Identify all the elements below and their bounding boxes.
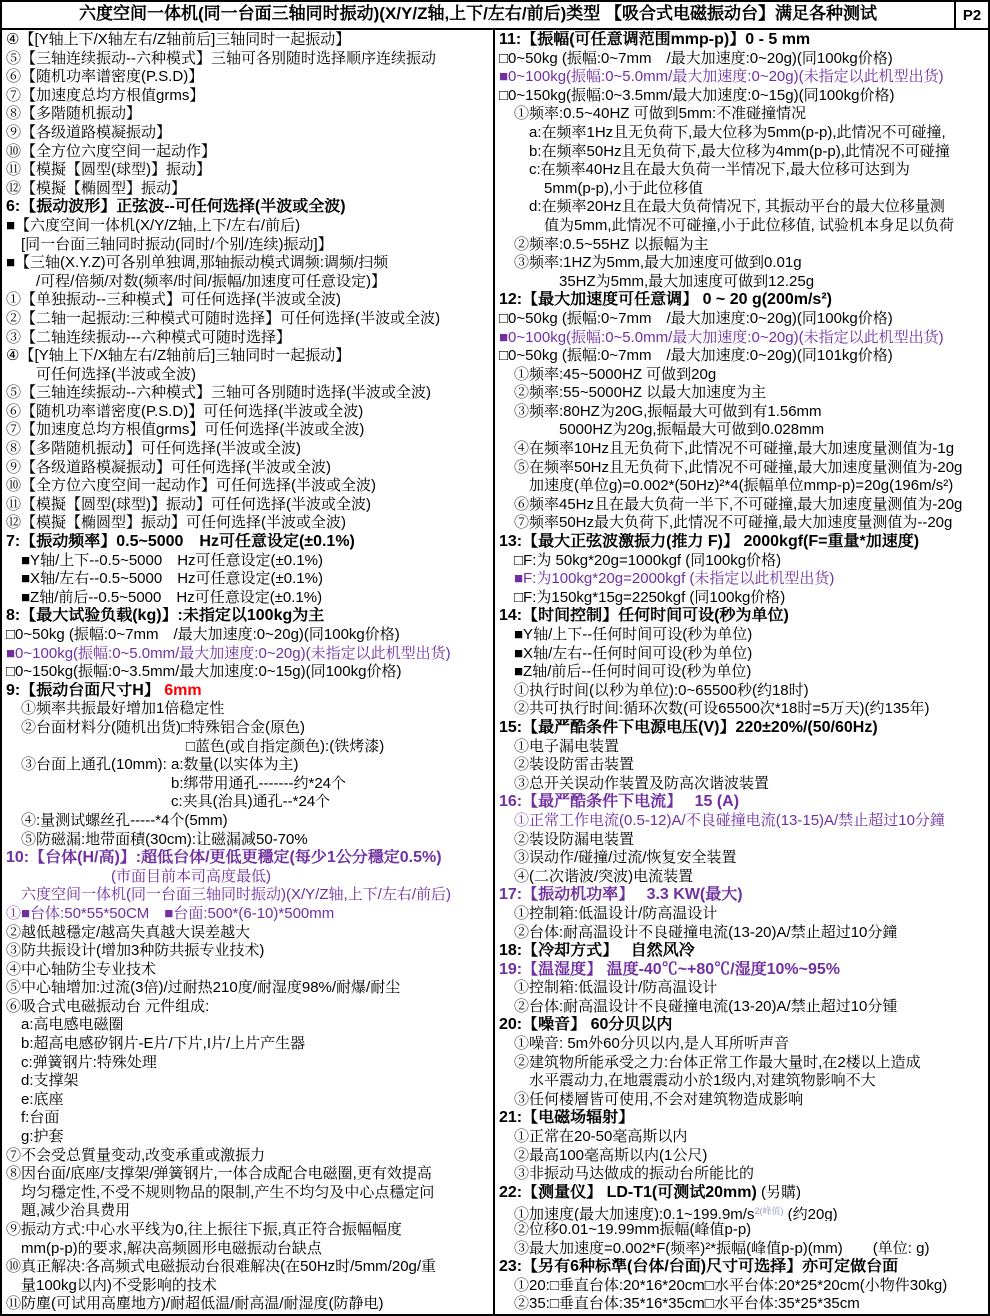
spec-line: b:超高电感矽钢片-E片/下片,I片/上片产生器 bbox=[6, 1035, 493, 1054]
spec-text: ④【[Y轴上下/X轴左右/Z轴前后]三轴同时一起振动】 bbox=[6, 31, 350, 48]
spec-text: g:护套 bbox=[6, 1128, 64, 1145]
spec-text: f:台面 bbox=[6, 1109, 59, 1126]
spec-line: ①【单独振动--三种模式】可任何选择(半波或全波) bbox=[6, 291, 493, 310]
spec-line: ②台体:耐高温设计不良碰撞电流(13-20)A/禁止超过10分鐘 bbox=[499, 924, 988, 943]
spec-line: ⑪【模擬【圆型(球型)】振动】 bbox=[6, 161, 493, 180]
spec-text: ④中心轴防尘专业技术 bbox=[6, 961, 156, 978]
spec-line: ③最大加速度=0.002*F(频率)²*振幅(峰值p-p)(mm) (单位: g… bbox=[499, 1240, 988, 1259]
spec-line: ⑦【加速度总均方根值grms】可任何选择(半波或全波) bbox=[6, 421, 493, 440]
spec-line: ②最高100毫高斯以内(1公尺) bbox=[499, 1147, 988, 1166]
spec-line: (市面目前本司高度最低) bbox=[6, 868, 493, 887]
spec-line: ■Z轴/前后--任何时间可设(秒为单位) bbox=[499, 663, 988, 682]
spec-line: ②建筑物所能承受之力:台体正常工作最大量时,在2楼以上造成 bbox=[499, 1054, 988, 1073]
spec-text: ■Z轴/前后--0.5~5000 Hz可任意设定(±0.1%) bbox=[6, 589, 322, 606]
spec-line: 值为5mm,此情况不可碰撞,小于此位移值, 试验机本身足以负荷 bbox=[499, 217, 988, 236]
spec-line: ①控制箱:低温设计/防高温设计 bbox=[499, 905, 988, 924]
section-header: 11:【振幅(可任意调范围mmp-p)】0 - 5 mm bbox=[499, 31, 988, 50]
spec-text: 2(峰值) bbox=[754, 1206, 783, 1216]
spec-text: mm(p-p)的要求,解决高频圆形电磁振动台缺点 bbox=[6, 1240, 322, 1257]
spec-text: 7:【振动频率】0.5~5000 Hz可任意设定(±0.1%) bbox=[6, 533, 355, 550]
spec-text: ②位移0.01~19.99mm振幅(峰值p-p) bbox=[499, 1221, 751, 1238]
spec-text: ⑤中心轴增加:过流(3倍)/过耐热210度/耐湿度98%/耐爆/耐尘 bbox=[6, 979, 400, 996]
spec-text: 11:【振幅(可任意调范围mmp-p)】0 - 5 mm bbox=[499, 31, 810, 48]
spec-line: ②位移0.01~19.99mm振幅(峰值p-p) bbox=[499, 1221, 988, 1240]
spec-text: /可程/倍频/对数(频率/时间/振幅/加速度可任意设定)】 bbox=[6, 273, 386, 290]
spec-line: ①频率:0.5~40HZ 可做到5mm:不准碰撞情况 bbox=[499, 105, 988, 124]
spec-text: ⑪【模擬【圆型(球型)】振动】 bbox=[6, 161, 211, 178]
spec-text: ①正常在20-50毫高斯以内 bbox=[499, 1128, 687, 1145]
spec-text: ③最大加速度=0.002*F(频率)²*振幅(峰值p-p)(mm) (单位: g… bbox=[499, 1240, 929, 1257]
spec-text: 17:【振动机功率】 3.3 KW(最大) bbox=[499, 886, 743, 903]
spec-text: 8:【最大试验负载(kg)】:未指定以100kg为主 bbox=[6, 607, 324, 624]
spec-text: ①正常工作电流(0.5-12)A/不良碰撞电流(13-15)A/禁止超过10分鐘 bbox=[499, 812, 945, 829]
spec-line: ②频率:55~5000HZ 以最大加速度为主 bbox=[499, 384, 988, 403]
spec-line: ⑧【多階随机振动】可任何选择(半波或全波) bbox=[6, 440, 493, 459]
spec-text: 5mm(p-p),小于此位移值 bbox=[499, 180, 703, 197]
spec-line: ⑨振动方式:中心水平线为0,往上振往下振,真正符合振幅幅度 bbox=[6, 1221, 493, 1240]
spec-text: 12:【最大加速度可任意调】 0 ~ 20 g(200m/s²) bbox=[499, 291, 832, 308]
spec-line: ②装设防雷击装置 bbox=[499, 756, 988, 775]
spec-line: ⑦频率50Hz最大负荷下,此情况不可碰撞,最大加速度量测值为--20g bbox=[499, 514, 988, 533]
spec-line: b:绑带用通孔-------约*24个 bbox=[6, 775, 493, 794]
spec-line: ⑥频率45Hz且在最大负荷一半下,不可碰撞,最大加速度量测值为-20g bbox=[499, 496, 988, 515]
spec-text: ⑩真正解决:各高频式电磁振动台很难解决(在50Hz时/5mm/20g/重 bbox=[6, 1258, 436, 1275]
spec-line: ①电子漏电装置 bbox=[499, 738, 988, 757]
spec-line: 題,减少治具费用 bbox=[6, 1202, 493, 1221]
spec-line: 5000HZ为20g,振幅最大可做到0.028mm bbox=[499, 421, 988, 440]
spec-line: ■【六度空间一体机(X/Y/Z轴,上下/左右/前后) bbox=[6, 217, 493, 236]
spec-text: b:在频率50Hz且无负荷下,最大位移为4mm(p-p),此情况不可碰撞 bbox=[499, 143, 950, 160]
spec-text: ③任何楼層皆可使用,不会对建筑物造成影响 bbox=[499, 1091, 803, 1108]
spec-line: g:护套 bbox=[6, 1128, 493, 1147]
spec-line: ①控制箱:低温设计/防高温设计 bbox=[499, 979, 988, 998]
spec-text: ③台面上通孔(10mm): a:数量(以实体为主) bbox=[6, 756, 299, 773]
spec-line: e:底座 bbox=[6, 1091, 493, 1110]
spec-text: ②装设防雷击装置 bbox=[499, 756, 634, 773]
spec-line: ⑩【全方位六度空间一起动作】 bbox=[6, 143, 493, 162]
spec-line: a:高电感电磁圈 bbox=[6, 1016, 493, 1035]
spec-text: ■Z轴/前后--任何时间可设(秒为单位) bbox=[499, 663, 751, 680]
spec-text: ⑨【各级道路模凝振动】可任何选择(半波或全波) bbox=[6, 459, 331, 476]
spec-text: 10:【台体(H/高)】:超低台体/更低更穩定(每少1公分穩定0.5%) bbox=[6, 849, 442, 866]
spec-line: 可任何选择(半波或全波) bbox=[6, 366, 493, 385]
spec-text: ③非振动马达做成的振动台所能比的 bbox=[499, 1165, 754, 1182]
spec-line: ①正常在20-50毫高斯以内 bbox=[499, 1128, 988, 1147]
spec-text: ⑨振动方式:中心水平线为0,往上振往下振,真正符合振幅幅度 bbox=[6, 1221, 402, 1238]
spec-line: a:在频率1Hz且无负荷下,最大位移为5mm(p-p),此情况不可碰撞, bbox=[499, 124, 988, 143]
spec-line: ⑪防塵(可试用高塵地方)/耐超低温/耐高温/耐湿度(防静电) bbox=[6, 1295, 493, 1314]
spec-line: ③频率:80HZ为20G,振幅最大可做到有1.56mm bbox=[499, 403, 988, 422]
section-header: 22:【测量仪】 LD-T1(可测试20mm) (另購) bbox=[499, 1184, 988, 1203]
spec-line: ①执行时间(以秒为单位):0~65500秒(约18时) bbox=[499, 682, 988, 701]
spec-line: ⑦不会受总質量变动,改变承重或激振力 bbox=[6, 1147, 493, 1166]
spec-text: ⑥【随机功率谱密度(P.S.D)】可任何选择(半波或全波) bbox=[6, 403, 363, 420]
spec-text: 可任何选择(半波或全波) bbox=[6, 366, 196, 383]
spec-text: ①执行时间(以秒为单位):0~65500秒(约18时) bbox=[499, 682, 809, 699]
spec-text: ⑦【加速度总均方根值grms】 bbox=[6, 87, 204, 104]
spec-line: ⑨【各级道路模凝振动】可任何选择(半波或全波) bbox=[6, 459, 493, 478]
spec-text: 13:【最大正弦波激振力(推力 F)】 2000kgf(F=重量*加速度) bbox=[499, 533, 919, 550]
section-header: 13:【最大正弦波激振力(推力 F)】 2000kgf(F=重量*加速度) bbox=[499, 533, 988, 552]
section-header: 21:【电磁场辐射】 bbox=[499, 1109, 988, 1128]
spec-line: □0~50kg (振幅:0~7mm /最大加速度:0~20g)(同100kg价格… bbox=[499, 50, 988, 69]
spec-line: 水平震动力,在地震震动小於1级内,对建筑物影响不大 bbox=[499, 1072, 988, 1091]
spec-text: b:绑带用通孔-------约*24个 bbox=[6, 775, 346, 792]
spec-text: ①电子漏电装置 bbox=[499, 738, 619, 755]
spec-text: ②频率:55~5000HZ 以最大加速度为主 bbox=[499, 384, 766, 401]
spec-text: 均匀穩定性,不受不规则物品的限制,产生不均匀及中心点穩定问 bbox=[6, 1184, 434, 1201]
section-header: 15:【最严酷条件下电源电压(V)】220±20%/(50/60Hz) bbox=[499, 719, 988, 738]
spec-text: ⑤在频率50Hz且无负荷下,此情况不可碰撞,最大加速度量测值为-20g bbox=[499, 459, 962, 476]
spec-line: ③【二轴连续振动---六种模式可随时选择】 bbox=[6, 329, 493, 348]
spec-text: ■F:为100kg*20g=2000kgf (未指定以此机型出货) bbox=[499, 570, 834, 587]
spec-text: ■Y轴/上下--0.5~5000 Hz可任意设定(±0.1%) bbox=[6, 552, 323, 569]
spec-text: ②最高100毫高斯以内(1公尺) bbox=[499, 1147, 707, 1164]
spec-line: ⑫【模擬【椭圆型】振动】 bbox=[6, 180, 493, 199]
section-header: 14:【时间控制】任何时间可设(秒为单位) bbox=[499, 607, 988, 626]
spec-line: ■0~100kg(振幅:0~5.0mm/最大加速度:0~20g)(未指定以此机型… bbox=[6, 645, 493, 664]
spec-line: ⑩【全方位六度空间一起动作】可任何选择(半波或全波) bbox=[6, 477, 493, 496]
spec-line: ①噪音: 5m外60分贝以内,是人耳所听声音 bbox=[499, 1035, 988, 1054]
spec-line: d:支撑架 bbox=[6, 1072, 493, 1091]
spec-line: □0~150kg(振幅:0~3.5mm/最大加速度:0~15g)(同100kg价… bbox=[499, 87, 988, 106]
spec-text: ②台面材料分(随机出货)□特殊铝合金(原色) bbox=[6, 719, 305, 736]
spec-text: ⑩【全方位六度空间一起动作】可任何选择(半波或全波) bbox=[6, 477, 376, 494]
spec-text: ①频率:0.5~40HZ 可做到5mm:不准碰撞情况 bbox=[499, 105, 806, 122]
spec-text: ⑦不会受总質量变动,改变承重或激振力 bbox=[6, 1147, 265, 1164]
spec-line: f:台面 bbox=[6, 1109, 493, 1128]
spec-text: ③防共振设计(增加3种防共振专业技术) bbox=[6, 942, 264, 959]
spec-line: ⑦【加速度总均方根值grms】 bbox=[6, 87, 493, 106]
spec-text: b:超高电感矽钢片-E片/下片,I片/上片产生器 bbox=[6, 1035, 305, 1052]
spec-text: 19:【温湿度】 温度-40℃~+80℃/湿度10%~95% bbox=[499, 961, 840, 978]
spec-text: ⑥频率45Hz且在最大负荷一半下,不可碰撞,最大加速度量测值为-20g bbox=[499, 496, 962, 513]
spec-text: ①■台体:50*55*50CM ■台面:500*(6-10)*500mm bbox=[6, 905, 334, 922]
spec-line: □蓝色(或自指定颜色):(铁烤漆) bbox=[6, 738, 493, 757]
spec-text: ①频率:45~5000HZ 可做到20g bbox=[499, 366, 716, 383]
spec-line: 均匀穩定性,不受不规则物品的限制,产生不均匀及中心点穩定问 bbox=[6, 1184, 493, 1203]
spec-line: ③误动作/碰撞/过流/恢复安全装置 bbox=[499, 849, 988, 868]
spec-line: ②装设防漏电装置 bbox=[499, 831, 988, 850]
spec-line: c:在频率40Hz且在最大负荷一半情况下,最大位移可达到为 bbox=[499, 161, 988, 180]
spec-line: ⑧因台面/底座/支撑架/弹簧钢片,一体合成配合电磁圈,更有效提高 bbox=[6, 1165, 493, 1184]
spec-text: ①20:□垂直台体:20*16*20cm□水平台体:20*25*20cm(小物件… bbox=[499, 1277, 947, 1294]
spec-line: ⑧【多階随机振动】 bbox=[6, 105, 493, 124]
spec-line: ■X轴/左右--任何时间可设(秒为单位) bbox=[499, 645, 988, 664]
spec-line: ⑥吸合式电磁振动台 元件组成: bbox=[6, 998, 493, 1017]
spec-text: ③误动作/碰撞/过流/恢复安全装置 bbox=[499, 849, 737, 866]
spec-text: ①控制箱:低温设计/防高温设计 bbox=[499, 979, 717, 996]
spec-text: d:在频率20Hz且在最大负荷情况下, 其振动平台的最大位移量测 bbox=[499, 198, 945, 215]
spec-text: ⑧因台面/底座/支撑架/弹簧钢片,一体合成配合电磁圈,更有效提高 bbox=[6, 1165, 432, 1182]
spec-text: ⑨【各级道路模凝振动】 bbox=[6, 124, 171, 141]
section-header: 16:【最严酷条件下电流】 15 (A) bbox=[499, 793, 988, 812]
left-column: ④【[Y轴上下/X轴左右/Z轴前后]三轴同时一起振动】⑤【三轴连续振动--六种模… bbox=[2, 30, 495, 1314]
page-title: 六度空间一体机(同一台面三轴同时振动)(X/Y/Z轴,上下/左右/前后)类型 【… bbox=[2, 2, 954, 28]
spec-line: □0~50kg (振幅:0~7mm /最大加速度:0~20g)(同100kg价格… bbox=[6, 626, 493, 645]
spec-line: ⑤【三轴连续振动--六种模式】三轴可各別随时选择顺序连续振动 bbox=[6, 50, 493, 69]
spec-text: □0~150kg(振幅:0~3.5mm/最大加速度:0~15g)(同100kg价… bbox=[6, 663, 401, 680]
section-header: 17:【振动机功率】 3.3 KW(最大) bbox=[499, 886, 988, 905]
spec-text: ④【[Y轴上下/X轴左右/Z轴前后]三轴同时一起振动】 bbox=[6, 347, 350, 364]
spec-text: 20:【噪音】 60分贝以内 bbox=[499, 1016, 672, 1033]
spec-text: ⑩【全方位六度空间一起动作】 bbox=[6, 143, 216, 160]
spec-text: ②台体:耐高温设计不良碰撞电流(13-20)A/禁止超过10分鐘 bbox=[499, 924, 897, 941]
spec-text: a:高电感电磁圈 bbox=[6, 1016, 124, 1033]
section-header: 6:【振动波形】正弦波--可任何选择(半波或全波) bbox=[6, 198, 493, 217]
spec-text: □0~150kg(振幅:0~3.5mm/最大加速度:0~15g)(同100kg价… bbox=[499, 87, 894, 104]
spec-text: □0~50kg (振幅:0~7mm /最大加速度:0~20g)(同100kg价格… bbox=[6, 626, 400, 643]
section-header: 20:【噪音】 60分贝以内 bbox=[499, 1016, 988, 1035]
spec-text: ②频率:0.5~55HZ 以振幅为主 bbox=[499, 236, 709, 253]
spec-line: ⑩真正解决:各高频式电磁振动台很难解决(在50Hz时/5mm/20g/重 bbox=[6, 1258, 493, 1277]
spec-text: d:支撑架 bbox=[6, 1072, 79, 1089]
spec-line: ②台体:耐高温设计不良碰撞电流(13-20)A/禁止超过10分锺 bbox=[499, 998, 988, 1017]
spec-line: 35HZ为5mm,最大加速度可做到12.25g bbox=[499, 273, 988, 292]
spec-text: ①噪音: 5m外60分贝以内,是人耳所听声音 bbox=[499, 1035, 789, 1052]
spec-text: ■0~100kg(振幅:0~5.0mm/最大加速度:0~20g)(未指定以此机型… bbox=[6, 645, 451, 662]
spec-text: ■X轴/左右--0.5~5000 Hz可任意设定(±0.1%) bbox=[6, 570, 323, 587]
spec-line: c:夹具(治具)通孔--*24个 bbox=[6, 793, 493, 812]
spec-line: ②频率:0.5~55HZ 以振幅为主 bbox=[499, 236, 988, 255]
section-header: 12:【最大加速度可任意调】 0 ~ 20 g(200m/s²) bbox=[499, 291, 988, 310]
spec-line: ⑤中心轴增加:过流(3倍)/过耐热210度/耐湿度98%/耐爆/耐尘 bbox=[6, 979, 493, 998]
spec-text: 5000HZ为20g,振幅最大可做到0.028mm bbox=[499, 421, 824, 438]
spec-text: ⑪防塵(可试用高塵地方)/耐超低温/耐高温/耐湿度(防静电) bbox=[6, 1295, 384, 1312]
spec-text: ②越低越穩定/越高失真越大误差越大 bbox=[6, 924, 250, 941]
spec-line: [同一台面三轴同时振动(同时/个别/连续)振动]】 bbox=[6, 236, 493, 255]
spec-text: ⑤【三轴连续振动--六种模式】三轴可各別随时选择(半波或全波) bbox=[6, 384, 431, 401]
title-bar: 六度空间一体机(同一台面三轴同时振动)(X/Y/Z轴,上下/左右/前后)类型 【… bbox=[2, 2, 988, 30]
spec-text: 35HZ为5mm,最大加速度可做到12.25g bbox=[499, 273, 814, 290]
spec-text: [同一台面三轴同时振动(同时/个别/连续)振动]】 bbox=[6, 236, 333, 253]
spec-line: c:弹簧钢片:特殊处理 bbox=[6, 1054, 493, 1073]
spec-line: □0~150kg(振幅:0~3.5mm/最大加速度:0~15g)(同100kg价… bbox=[6, 663, 493, 682]
spec-text: ①频率共振最好增加1倍稳定性 bbox=[6, 700, 224, 717]
spec-line: □F:为150kg*15g=2250kgf (同100kg价格) bbox=[499, 589, 988, 608]
spec-text: 14:【时间控制】任何时间可设(秒为单位) bbox=[499, 607, 789, 624]
spec-text: ⑤【三轴连续振动--六种模式】三轴可各別随时选择顺序连续振动 bbox=[6, 50, 436, 67]
spec-text: c:在频率40Hz且在最大负荷一半情况下,最大位移可达到为 bbox=[499, 161, 910, 178]
spec-line: ③任何楼層皆可使用,不会对建筑物造成影响 bbox=[499, 1091, 988, 1110]
spec-text: ②35:□垂直台体:35*16*35cm□水平台体:35*25*35cm bbox=[499, 1295, 860, 1312]
spec-line: ■F:为100kg*20g=2000kgf (未指定以此机型出货) bbox=[499, 570, 988, 589]
spec-line: ⑪【模擬【圆型(球型)】振动】可任何选择(半波或全波) bbox=[6, 496, 493, 515]
spec-line: ④中心轴防尘专业技术 bbox=[6, 961, 493, 980]
spec-text: □0~50kg (振幅:0~7mm /最大加速度:0~20g)(同101kg价格… bbox=[499, 347, 893, 364]
spec-text: ■X轴/左右--任何时间可设(秒为单位) bbox=[499, 645, 752, 662]
spec-line: 加速度(单位g)=0.002*(50Hz)²*4(振幅单位mmp-p)=20g(… bbox=[499, 477, 988, 496]
spec-text: ②建筑物所能承受之力:台体正常工作最大量时,在2楼以上造成 bbox=[499, 1054, 921, 1071]
spec-line: b:在频率50Hz且无负荷下,最大位移为4mm(p-p),此情况不可碰撞 bbox=[499, 143, 988, 162]
spec-text: ⑦频率50Hz最大负荷下,此情况不可碰撞,最大加速度量测值为--20g bbox=[499, 514, 952, 531]
spec-line: 六度空间一体机(同一台面三轴同时振动)(X/Y/Z轴,上下/左右/前后) bbox=[6, 886, 493, 905]
spec-text: e:底座 bbox=[6, 1091, 64, 1108]
spec-line: ①■台体:50*55*50CM ■台面:500*(6-10)*500mm bbox=[6, 905, 493, 924]
spec-line: ⑤【三轴连续振动--六种模式】三轴可各別随时选择(半波或全波) bbox=[6, 384, 493, 403]
spec-text: ⑤防磁漏:地带面積(30cm):让磁漏减50-70% bbox=[6, 831, 308, 848]
spec-line: ■Y轴/上下--0.5~5000 Hz可任意设定(±0.1%) bbox=[6, 552, 493, 571]
spec-line: ⑥【随机功率谱密度(P.S.D)】可任何选择(半波或全波) bbox=[6, 403, 493, 422]
spec-text: c:弹簧钢片:特殊处理 bbox=[6, 1054, 157, 1071]
spec-text: 6:【振动波形】正弦波--可任何选择(半波或全波) bbox=[6, 198, 346, 215]
spec-text: ②【二轴一起振动:三种模式可随时选择】可任何选择(半波或全波) bbox=[6, 310, 440, 327]
section-header: 18:【冷却方式】 自然风冷 bbox=[499, 942, 988, 961]
spec-text: □F:为 50kg*20g=1000kgf (同100kg价格) bbox=[499, 552, 781, 569]
spec-text: 水平震动力,在地震震动小於1级内,对建筑物影响不大 bbox=[499, 1072, 876, 1089]
spec-text: ■Y轴/上下--任何时间可设(秒为单位) bbox=[499, 626, 752, 643]
spec-line: ■【三轴(X.Y.Z)可各别单独调,那轴振动模式调频:调频/扫频 bbox=[6, 254, 493, 273]
spec-text: 題,减少治具费用 bbox=[6, 1202, 130, 1219]
page-number: P2 bbox=[954, 2, 988, 28]
spec-text: (另購) bbox=[757, 1184, 801, 1201]
spec-text: 量100kg以内)不受影响的技术 bbox=[6, 1277, 217, 1294]
section-header: 19:【温湿度】 温度-40℃~+80℃/湿度10%~95% bbox=[499, 961, 988, 980]
spec-text: ⑥【随机功率谱密度(P.S.D)】 bbox=[6, 68, 203, 85]
spec-text: □0~50kg (振幅:0~7mm /最大加速度:0~20g)(同100kg价格… bbox=[499, 310, 893, 327]
spec-line: ③非振动马达做成的振动台所能比的 bbox=[499, 1165, 988, 1184]
spec-text: ①加速度(最大加速度):0.1~199.9m/s bbox=[499, 1206, 754, 1221]
spec-line: ①频率:45~5000HZ 可做到20g bbox=[499, 366, 988, 385]
spec-line: d:在频率20Hz且在最大负荷情况下, 其振动平台的最大位移量测 bbox=[499, 198, 988, 217]
spec-line: ■0~100kg(振幅:0~5.0mm/最大加速度:0~20g)(未指定以此机型… bbox=[499, 68, 988, 87]
spec-line: mm(p-p)的要求,解决高频圆形电磁振动台缺点 bbox=[6, 1240, 493, 1259]
spec-line: ⑤在频率50Hz且无负荷下,此情况不可碰撞,最大加速度量测值为-20g bbox=[499, 459, 988, 478]
right-column: 11:【振幅(可任意调范围mmp-p)】0 - 5 mm□0~50kg (振幅:… bbox=[495, 30, 988, 1314]
spec-text: 22:【测量仪】 LD-T1(可测试20mm) bbox=[499, 1184, 757, 1201]
spec-text: 加速度(单位g)=0.002*(50Hz)²*4(振幅单位mmp-p)=20g(… bbox=[499, 477, 953, 494]
section-header: 7:【振动频率】0.5~5000 Hz可任意设定(±0.1%) bbox=[6, 533, 493, 552]
spec-line: ⑨【各级道路模凝振动】 bbox=[6, 124, 493, 143]
spec-text: c:夹具(治具)通孔--*24个 bbox=[6, 793, 330, 810]
spec-text: 23:【另有6种标準(台体/台面)尺寸可选择】亦可定做台面 bbox=[499, 1258, 898, 1275]
spec-line: □0~50kg (振幅:0~7mm /最大加速度:0~20g)(同100kg价格… bbox=[499, 310, 988, 329]
spec-line: ③频率:1HZ为5mm,最大加速度可做到0.01g bbox=[499, 254, 988, 273]
spec-text: ⑫【模擬【椭圆型】振动】可任何选择(半波或全波) bbox=[6, 514, 346, 531]
spec-line: ①20:□垂直台体:20*16*20cm□水平台体:20*25*20cm(小物件… bbox=[499, 1277, 988, 1296]
spec-line: ②共可执行时间:循环次数(可设65500次*18时=5万天)(约135年) bbox=[499, 700, 988, 719]
spec-text: ⑥吸合式电磁振动台 元件组成: bbox=[6, 998, 209, 1015]
spec-text: ⑧【多階随机振动】可任何选择(半波或全波) bbox=[6, 440, 301, 457]
spec-text: ■【三轴(X.Y.Z)可各别单独调,那轴振动模式调频:调频/扫频 bbox=[6, 254, 388, 271]
spec-text: ⑫【模擬【椭圆型】振动】 bbox=[6, 180, 186, 197]
spec-sheet-page: 六度空间一体机(同一台面三轴同时振动)(X/Y/Z轴,上下/左右/前后)类型 【… bbox=[0, 0, 990, 1316]
spec-line: ①正常工作电流(0.5-12)A/不良碰撞电流(13-15)A/禁止超过10分鐘 bbox=[499, 812, 988, 831]
spec-text: □0~50kg (振幅:0~7mm /最大加速度:0~20g)(同100kg价格… bbox=[499, 50, 893, 67]
spec-text: ②共可执行时间:循环次数(可设65500次*18时=5万天)(约135年) bbox=[499, 700, 930, 717]
spec-text: ③频率:1HZ为5mm,最大加速度可做到0.01g bbox=[499, 254, 802, 271]
spec-line: ④:量测试螺丝孔-----*4个(5mm) bbox=[6, 812, 493, 831]
spec-line: ③总开关误动作装置及防高次谐波装置 bbox=[499, 775, 988, 794]
spec-text: ■【六度空间一体机(X/Y/Z轴,上下/左右/前后) bbox=[6, 217, 300, 234]
spec-text: 15:【最严酷条件下电源电压(V)】220±20%/(50/60Hz) bbox=[499, 719, 878, 736]
spec-text: (市面目前本司高度最低) bbox=[6, 868, 271, 885]
spec-line: /可程/倍频/对数(频率/时间/振幅/加速度可任意设定)】 bbox=[6, 273, 493, 292]
spec-text: ①控制箱:低温设计/防高温设计 bbox=[499, 905, 717, 922]
spec-text: □F:为150kg*15g=2250kgf (同100kg价格) bbox=[499, 589, 785, 606]
spec-line: ■Z轴/前后--0.5~5000 Hz可任意设定(±0.1%) bbox=[6, 589, 493, 608]
spec-line: ②【二轴一起振动:三种模式可随时选择】可任何选择(半波或全波) bbox=[6, 310, 493, 329]
spec-text: (约20g) bbox=[783, 1206, 837, 1221]
spec-text: ④在频率10Hz且无负荷下,此情况不可碰撞,最大加速度量测值为-1g bbox=[499, 440, 954, 457]
spec-text: 六度空间一体机(同一台面三轴同时振动)(X/Y/Z轴,上下/左右/前后) bbox=[6, 886, 451, 903]
spec-line: ⑤防磁漏:地带面積(30cm):让磁漏减50-70% bbox=[6, 831, 493, 850]
spec-line: ①频率共振最好增加1倍稳定性 bbox=[6, 700, 493, 719]
section-header: 8:【最大试验负载(kg)】:未指定以100kg为主 bbox=[6, 607, 493, 626]
spec-line: 量100kg以内)不受影响的技术 bbox=[6, 1277, 493, 1296]
spec-text: a:在频率1Hz且无负荷下,最大位移为5mm(p-p),此情况不可碰撞, bbox=[499, 124, 946, 141]
spec-line: ②越低越穩定/越高失真越大误差越大 bbox=[6, 924, 493, 943]
spec-line: ■X轴/左右--0.5~5000 Hz可任意设定(±0.1%) bbox=[6, 570, 493, 589]
spec-text: ④:量测试螺丝孔-----*4个(5mm) bbox=[6, 812, 228, 829]
spec-line: □F:为 50kg*20g=1000kgf (同100kg价格) bbox=[499, 552, 988, 571]
spec-line: 5mm(p-p),小于此位移值 bbox=[499, 180, 988, 199]
spec-line: ④(二次谐波/突波)电流装置 bbox=[499, 868, 988, 887]
spec-text: ②装设防漏电装置 bbox=[499, 831, 634, 848]
spec-text: ⑧【多階随机振动】 bbox=[6, 105, 141, 122]
spec-text: ③【二轴连续振动---六种模式可随时选择】 bbox=[6, 329, 291, 346]
spec-text: ⑦【加速度总均方根值grms】可任何选择(半波或全波) bbox=[6, 421, 364, 438]
spec-line: ■Y轴/上下--任何时间可设(秒为单位) bbox=[499, 626, 988, 645]
spec-text: ⑪【模擬【圆型(球型)】振动】可任何选择(半波或全波) bbox=[6, 496, 371, 513]
spec-text: ■0~100kg(振幅:0~5.0mm/最大加速度:0~20g)(未指定以此机型… bbox=[499, 329, 944, 346]
spec-text: ①【单独振动--三种模式】可任何选择(半波或全波) bbox=[6, 291, 341, 308]
spec-text: ④(二次谐波/突波)电流装置 bbox=[499, 868, 693, 885]
spec-text: 6mm bbox=[164, 682, 201, 699]
spec-text: 值为5mm,此情况不可碰撞,小于此位移值, 试验机本身足以负荷 bbox=[499, 217, 954, 234]
spec-line: ■0~100kg(振幅:0~5.0mm/最大加速度:0~20g)(未指定以此机型… bbox=[499, 329, 988, 348]
spec-line: ①加速度(最大加速度):0.1~199.9m/s2(峰值) (约20g) bbox=[499, 1202, 988, 1221]
spec-text: 16:【最严酷条件下电流】 15 (A) bbox=[499, 793, 739, 810]
spec-text: ■0~100kg(振幅:0~5.0mm/最大加速度:0~20g)(未指定以此机型… bbox=[499, 68, 944, 85]
spec-line: □0~50kg (振幅:0~7mm /最大加速度:0~20g)(同101kg价格… bbox=[499, 347, 988, 366]
spec-text: ②台体:耐高温设计不良碰撞电流(13-20)A/禁止超过10分锺 bbox=[499, 998, 897, 1015]
spec-text: □蓝色(或自指定颜色):(铁烤漆) bbox=[6, 738, 384, 755]
spec-line: ③防共振设计(增加3种防共振专业技术) bbox=[6, 942, 493, 961]
spec-line: ④【[Y轴上下/X轴左右/Z轴前后]三轴同时一起振动】 bbox=[6, 31, 493, 50]
spec-line: ②35:□垂直台体:35*16*35cm□水平台体:35*25*35cm bbox=[499, 1295, 988, 1314]
spec-text: ③频率:80HZ为20G,振幅最大可做到有1.56mm bbox=[499, 403, 822, 420]
spec-text: 9:【振动台面尺寸H】 bbox=[6, 682, 160, 699]
spec-line: ④【[Y轴上下/X轴左右/Z轴前后]三轴同时一起振动】 bbox=[6, 347, 493, 366]
section-header: 23:【另有6种标準(台体/台面)尺寸可选择】亦可定做台面 bbox=[499, 1258, 988, 1277]
section-header: 10:【台体(H/高)】:超低台体/更低更穩定(每少1公分穩定0.5%) bbox=[6, 849, 493, 868]
section-header: 9:【振动台面尺寸H】 6mm bbox=[6, 682, 493, 701]
spec-line: ③台面上通孔(10mm): a:数量(以实体为主) bbox=[6, 756, 493, 775]
spec-text: 18:【冷却方式】 自然风冷 bbox=[499, 942, 695, 959]
spec-line: ⑫【模擬【椭圆型】振动】可任何选择(半波或全波) bbox=[6, 514, 493, 533]
content-columns: ④【[Y轴上下/X轴左右/Z轴前后]三轴同时一起振动】⑤【三轴连续振动--六种模… bbox=[2, 30, 988, 1314]
spec-line: ②台面材料分(随机出货)□特殊铝合金(原色) bbox=[6, 719, 493, 738]
spec-line: ④在频率10Hz且无负荷下,此情况不可碰撞,最大加速度量测值为-1g bbox=[499, 440, 988, 459]
spec-text: 21:【电磁场辐射】 bbox=[499, 1109, 634, 1126]
spec-line: ⑥【随机功率谱密度(P.S.D)】 bbox=[6, 68, 493, 87]
spec-text: ③总开关误动作装置及防高次谐波装置 bbox=[499, 775, 769, 792]
